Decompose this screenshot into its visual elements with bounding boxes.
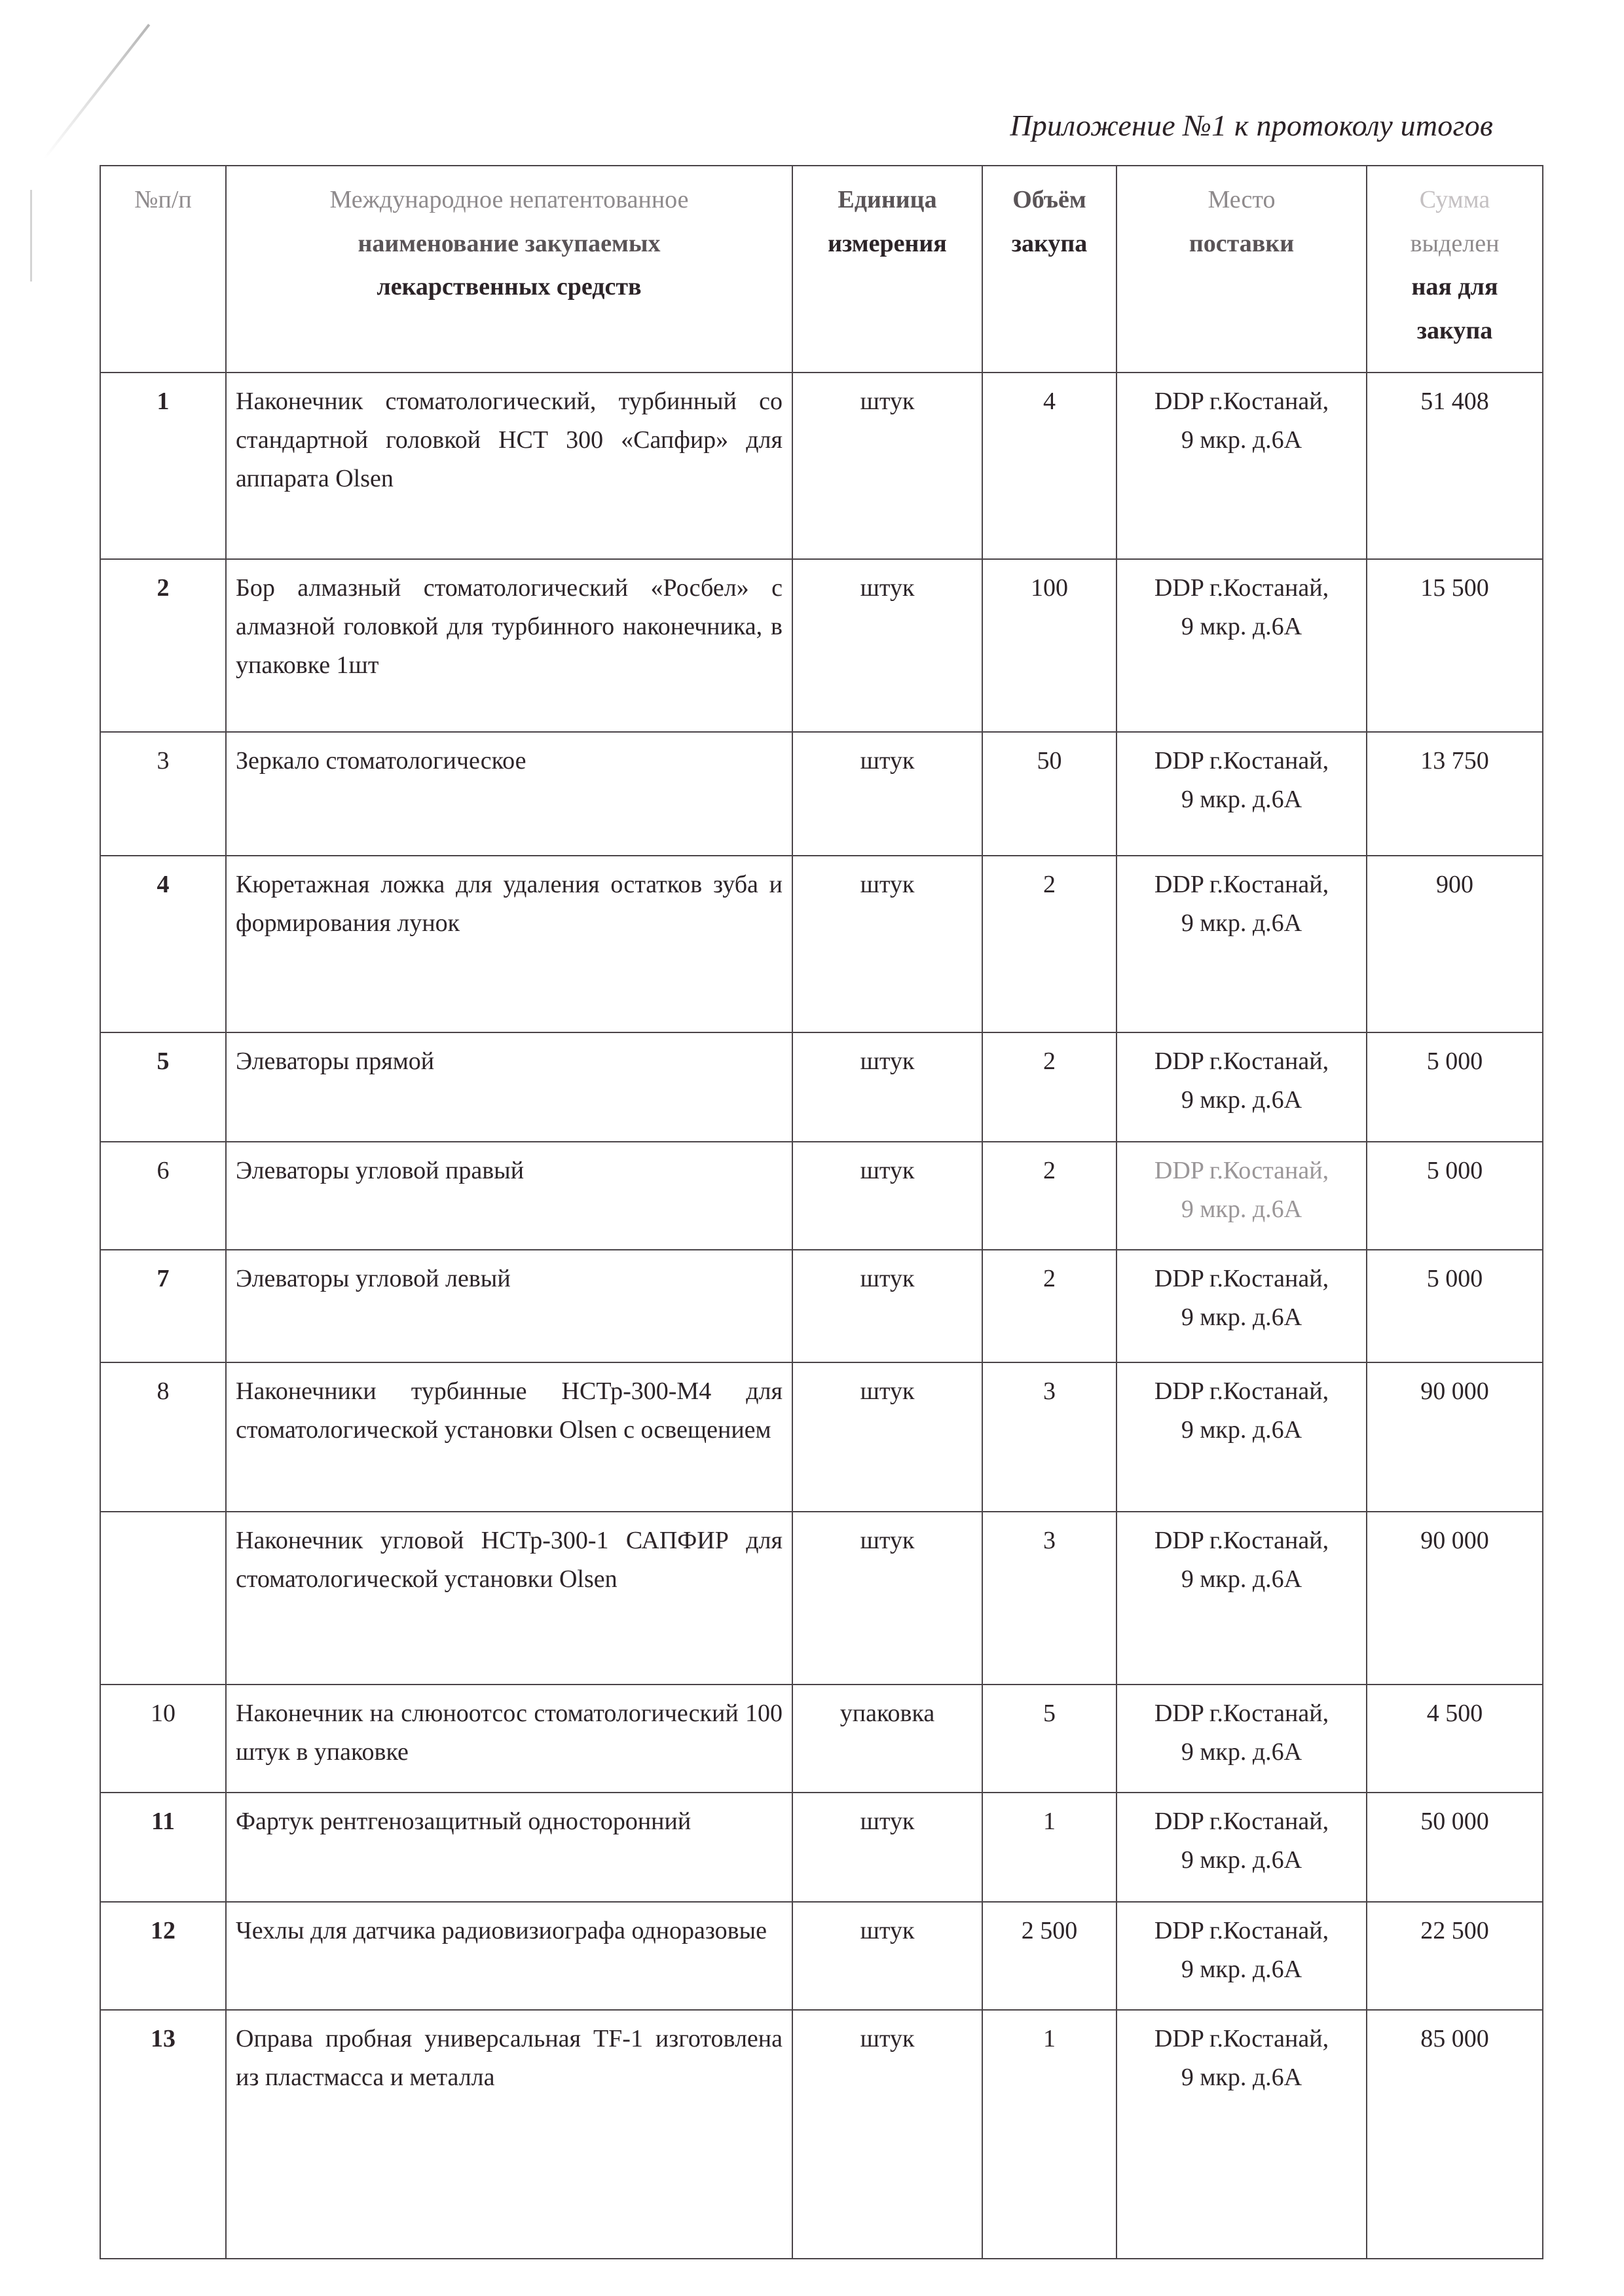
item-unit: штук [792, 856, 982, 1032]
item-name: Чехлы для датчика радиовизиографа однора… [226, 1902, 792, 2010]
item-unit: штук [792, 1362, 982, 1512]
delivery-place-line2: 9 мкр. д.6А [1126, 780, 1357, 819]
delivery-place-line2: 9 мкр. д.6А [1126, 1298, 1357, 1337]
row-number: 5 [100, 1032, 226, 1142]
item-delivery-place: DDP г.Костанай, 9 мкр. д.6А [1116, 732, 1367, 856]
item-delivery-place: DDP г.Костанай, 9 мкр. д.6А [1116, 1032, 1367, 1142]
item-delivery-place: DDP г.Костанай, 9 мкр. д.6А [1116, 1793, 1367, 1902]
item-allocated-sum: 5 000 [1367, 1142, 1543, 1250]
item-unit: штук [792, 2010, 982, 2259]
delivery-place-line1: DDP г.Костанай, [1126, 569, 1357, 608]
item-volume: 1 [982, 1793, 1116, 1902]
delivery-place-line2: 9 мкр. д.6А [1126, 1560, 1357, 1599]
item-delivery-place: DDP г.Костанай, 9 мкр. д.6А [1116, 559, 1367, 732]
table-row: 13 Оправа пробная универсальная TF-1 изг… [100, 2010, 1543, 2259]
item-volume: 2 [982, 1250, 1116, 1362]
header-unit: Единица измерения [792, 166, 982, 373]
item-delivery-place: DDP г.Костанай, 9 мкр. д.6А [1116, 373, 1367, 559]
delivery-place-line1: DDP г.Костанай, [1126, 1260, 1357, 1298]
header-name: Международное непатентованное наименован… [226, 166, 792, 373]
delivery-place-line2: 9 мкр. д.6А [1126, 1081, 1357, 1120]
item-allocated-sum: 13 750 [1367, 732, 1543, 856]
row-number: 10 [100, 1685, 226, 1793]
table-row: 2 Бор алмазный стоматологический «Росбел… [100, 559, 1543, 732]
row-number: 12 [100, 1902, 226, 2010]
item-volume: 3 [982, 1512, 1116, 1685]
item-name: Фартук рентгенозащитный односторонний [226, 1793, 792, 1902]
item-name: Бор алмазный стоматологический «Росбел» … [226, 559, 792, 732]
row-number: 11 [100, 1793, 226, 1902]
header-place: Место поставки [1116, 166, 1367, 373]
table-row: 1 Наконечник стоматологический, турбинны… [100, 373, 1543, 559]
scan-fold-mark [43, 24, 150, 159]
delivery-place-line2: 9 мкр. д.6А [1126, 1950, 1357, 1989]
table-row: 12 Чехлы для датчика радиовизиографа одн… [100, 1902, 1543, 2010]
table-row: 7 Элеваторы угловой левый штук 2 DDP г.К… [100, 1250, 1543, 1362]
delivery-place-line2: 9 мкр. д.6А [1126, 2058, 1357, 2097]
item-volume: 2 500 [982, 1902, 1116, 2010]
item-volume: 2 [982, 1142, 1116, 1250]
item-volume: 50 [982, 732, 1116, 856]
row-number: 2 [100, 559, 226, 732]
delivery-place-line2: 9 мкр. д.6А [1126, 1190, 1357, 1229]
delivery-place-line1: DDP г.Костанай, [1126, 382, 1357, 421]
item-delivery-place: DDP г.Костанай, 9 мкр. д.6А [1116, 1902, 1367, 2010]
item-volume: 3 [982, 1362, 1116, 1512]
delivery-place-line2: 9 мкр. д.6А [1126, 608, 1357, 646]
item-name: Наконечник на слюноотсос стоматологическ… [226, 1685, 792, 1793]
item-unit: штук [792, 559, 982, 732]
delivery-place-line1: DDP г.Костанай, [1126, 1372, 1357, 1411]
row-number: 6 [100, 1142, 226, 1250]
item-volume: 5 [982, 1685, 1116, 1793]
item-delivery-place: DDP г.Костанай, 9 мкр. д.6А [1116, 1512, 1367, 1685]
table-row: 6 Элеваторы угловой правый штук 2 DDP г.… [100, 1142, 1543, 1250]
item-unit: штук [792, 373, 982, 559]
item-delivery-place: DDP г.Костанай, 9 мкр. д.6А [1116, 1685, 1367, 1793]
row-number: 3 [100, 732, 226, 856]
item-unit: штук [792, 1512, 982, 1685]
table-row: 3 Зеркало стоматологическое штук 50 DDP … [100, 732, 1543, 856]
item-allocated-sum: 22 500 [1367, 1902, 1543, 2010]
delivery-place-line1: DDP г.Костанай, [1126, 1522, 1357, 1560]
item-allocated-sum: 5 000 [1367, 1032, 1543, 1142]
row-number: 4 [100, 856, 226, 1032]
delivery-place-line1: DDP г.Костанай, [1126, 742, 1357, 780]
delivery-place-line1: DDP г.Костанай, [1126, 866, 1357, 904]
delivery-place-line2: 9 мкр. д.6А [1126, 1733, 1357, 1772]
item-unit: штук [792, 1032, 982, 1142]
table-row: 8 Наконечники турбинные НСТр-300-М4 для … [100, 1362, 1543, 1512]
item-volume: 1 [982, 2010, 1116, 2259]
item-allocated-sum: 85 000 [1367, 2010, 1543, 2259]
item-delivery-place: DDP г.Костанай, 9 мкр. д.6А [1116, 1250, 1367, 1362]
delivery-place-line2: 9 мкр. д.6А [1126, 421, 1357, 460]
item-volume: 100 [982, 559, 1116, 732]
table-row: 5 Элеваторы прямой штук 2 DDP г.Костанай… [100, 1032, 1543, 1142]
item-name: Наконечник угловой НСТр-300-1 САПФИР для… [226, 1512, 792, 1685]
item-unit: штук [792, 732, 982, 856]
header-sum: Сумма выделен ная для закупа [1367, 166, 1543, 373]
item-name: Элеваторы прямой [226, 1032, 792, 1142]
row-number [100, 1512, 226, 1685]
delivery-place-line1: DDP г.Костанай, [1126, 1802, 1357, 1841]
item-unit: штук [792, 1902, 982, 2010]
table-row: Наконечник угловой НСТр-300-1 САПФИР для… [100, 1512, 1543, 1685]
delivery-place-line1: DDP г.Костанай, [1126, 2020, 1357, 2058]
delivery-place-line1: DDP г.Костанай, [1126, 1042, 1357, 1081]
delivery-place-line1: DDP г.Костанай, [1126, 1152, 1357, 1190]
item-delivery-place: DDP г.Костанай, 9 мкр. д.6А [1116, 2010, 1367, 2259]
procurement-table: №п/п Международное непатентованное наиме… [100, 165, 1543, 2259]
item-unit: штук [792, 1142, 982, 1250]
row-number: 13 [100, 2010, 226, 2259]
item-volume: 4 [982, 373, 1116, 559]
row-number: 8 [100, 1362, 226, 1512]
item-allocated-sum: 15 500 [1367, 559, 1543, 732]
table-row: 11 Фартук рентгенозащитный односторонний… [100, 1793, 1543, 1902]
item-allocated-sum: 5 000 [1367, 1250, 1543, 1362]
item-delivery-place: DDP г.Костанай, 9 мкр. д.6А [1116, 1362, 1367, 1512]
item-unit: штук [792, 1793, 982, 1902]
item-allocated-sum: 50 000 [1367, 1793, 1543, 1902]
item-name: Зеркало стоматологическое [226, 732, 792, 856]
item-delivery-place: DDP г.Костанай, 9 мкр. д.6А [1116, 1142, 1367, 1250]
item-allocated-sum: 4 500 [1367, 1685, 1543, 1793]
table-header-row: №п/п Международное непатентованное наиме… [100, 166, 1543, 373]
annex-title: Приложение №1 к протоколу итогов [1010, 108, 1493, 143]
item-name: Кюретажная ложка для удаления остатков з… [226, 856, 792, 1032]
item-name: Элеваторы угловой левый [226, 1250, 792, 1362]
item-name: Наконечники турбинные НСТр-300-М4 для ст… [226, 1362, 792, 1512]
item-allocated-sum: 90 000 [1367, 1512, 1543, 1685]
item-volume: 2 [982, 856, 1116, 1032]
item-unit: упаковка [792, 1685, 982, 1793]
header-num: №п/п [100, 166, 226, 373]
delivery-place-line2: 9 мкр. д.6А [1126, 904, 1357, 943]
item-name: Оправа пробная универсальная TF-1 изгото… [226, 2010, 792, 2259]
item-unit: штук [792, 1250, 982, 1362]
row-number: 1 [100, 373, 226, 559]
item-name: Наконечник стоматологический, турбинный … [226, 373, 792, 559]
table-row: 4 Кюретажная ложка для удаления остатков… [100, 856, 1543, 1032]
delivery-place-line1: DDP г.Костанай, [1126, 1694, 1357, 1733]
item-allocated-sum: 900 [1367, 856, 1543, 1032]
delivery-place-line2: 9 мкр. д.6А [1126, 1411, 1357, 1449]
item-delivery-place: DDP г.Костанай, 9 мкр. д.6А [1116, 856, 1367, 1032]
item-name: Элеваторы угловой правый [226, 1142, 792, 1250]
row-number: 7 [100, 1250, 226, 1362]
table-row: 10 Наконечник на слюноотсос стоматологич… [100, 1685, 1543, 1793]
item-allocated-sum: 90 000 [1367, 1362, 1543, 1512]
delivery-place-line2: 9 мкр. д.6А [1126, 1841, 1357, 1880]
scan-fold-edge [30, 190, 32, 282]
delivery-place-line1: DDP г.Костанай, [1126, 1912, 1357, 1950]
item-volume: 2 [982, 1032, 1116, 1142]
header-volume: Объём закупа [982, 166, 1116, 373]
item-allocated-sum: 51 408 [1367, 373, 1543, 559]
